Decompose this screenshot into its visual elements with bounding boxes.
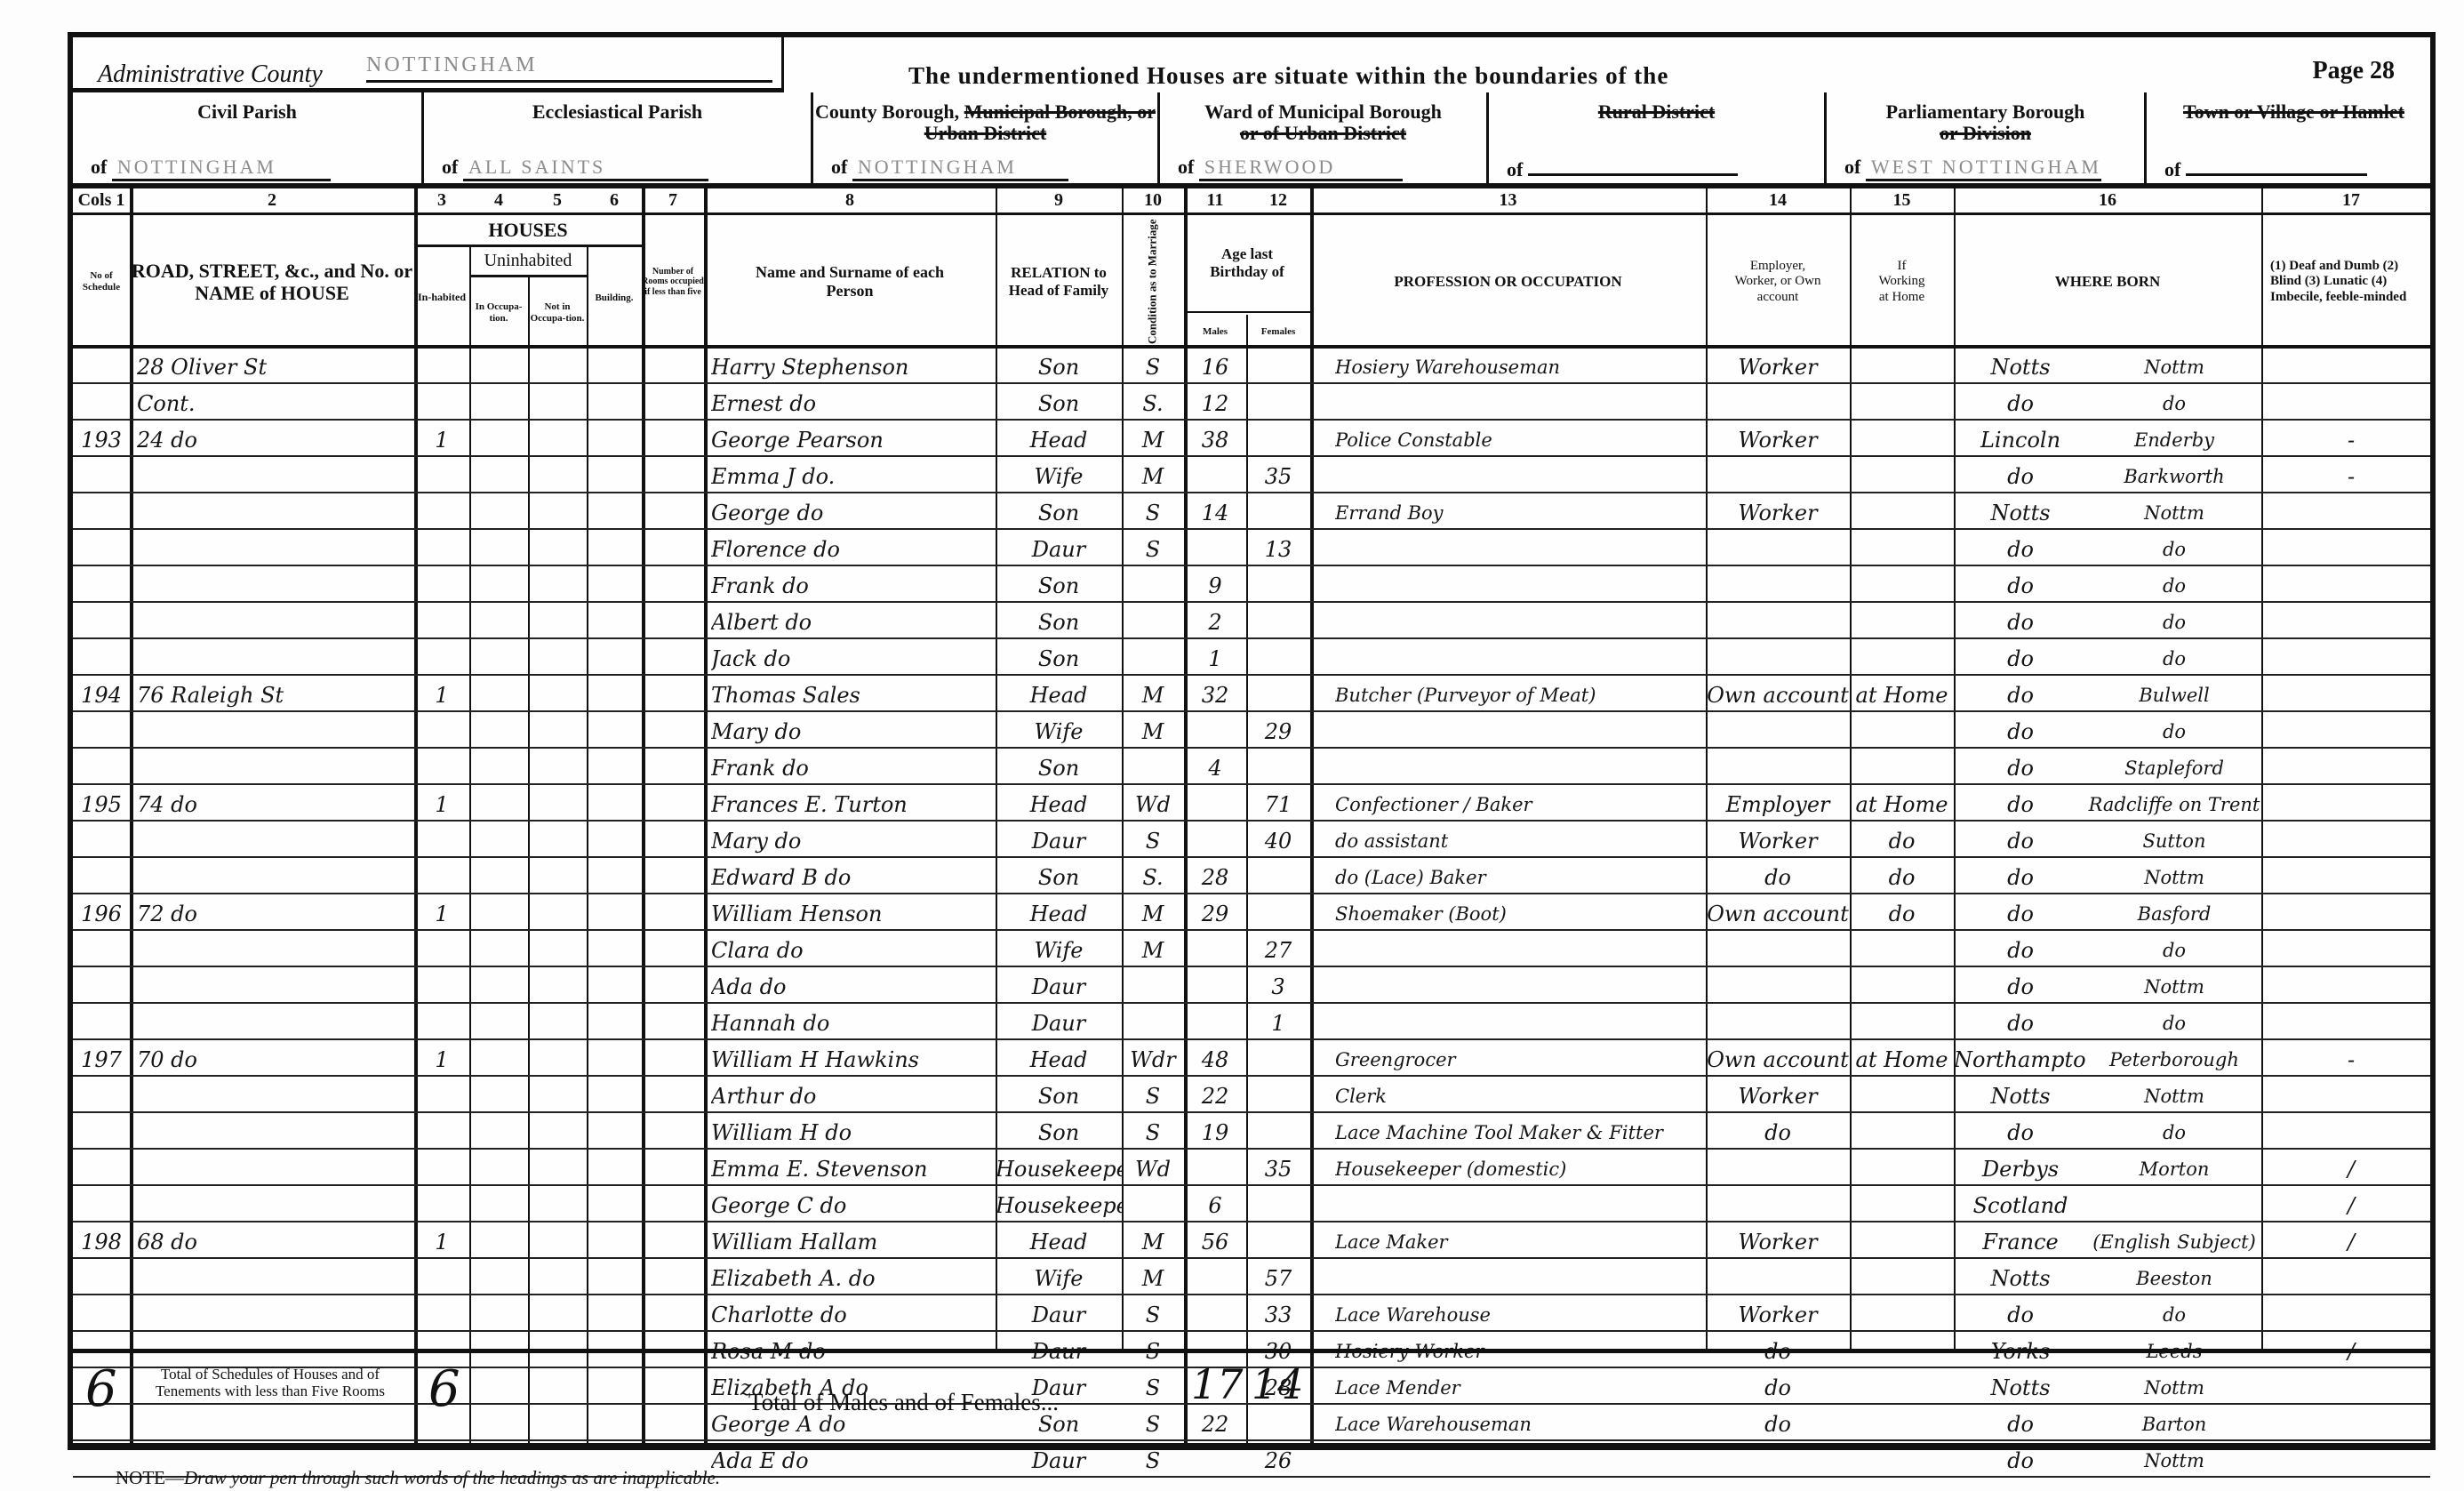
person-name: Ada do: [711, 968, 996, 1004]
working-at-home: do: [1850, 895, 1954, 931]
female-age: [1246, 895, 1310, 931]
administrative-county-box: Administrative County NOTTINGHAM: [73, 37, 784, 92]
inhabited-mark: [414, 604, 469, 639]
female-age: [1246, 640, 1310, 676]
heading-occupation: PROFESSION OR OCCUPATION: [1310, 215, 1706, 349]
heading-condition: Condition as to Marriage: [1122, 215, 1184, 349]
ecclesiastical-parish-value: ALL SAINTS: [463, 156, 709, 181]
condition: [1122, 1005, 1184, 1040]
infirmity: [2261, 1260, 2441, 1295]
infirmity: -: [2261, 458, 2441, 493]
schedule-number: 195: [73, 786, 130, 822]
relation: Daur: [996, 1005, 1122, 1040]
male-age: 22: [1184, 1078, 1246, 1113]
heading-where-born: WHERE BORN: [1954, 215, 2261, 349]
condition: S: [1122, 1296, 1184, 1332]
person-name: Jack do: [711, 640, 996, 676]
employer-status: [1706, 750, 1850, 785]
inhabited-mark: [414, 349, 469, 384]
birth-county: do: [1954, 786, 2087, 822]
person-name: Ernest do: [711, 385, 996, 421]
employer-status: Own account: [1706, 1041, 1850, 1077]
working-at-home: [1850, 1187, 1954, 1222]
schedule-number: 196: [73, 895, 130, 931]
birth-place: Stapleford: [2087, 750, 2261, 785]
male-age: 12: [1184, 385, 1246, 421]
relation: Wife: [996, 1260, 1122, 1295]
heading-females: Females: [1246, 315, 1310, 349]
table-row: Mary doWifeM29dodo: [73, 713, 2430, 749]
occupation: [1335, 932, 1706, 967]
relation: Son: [996, 494, 1122, 530]
employer-status: Worker: [1706, 349, 1850, 384]
heading-relation: RELATION to Head of Family: [996, 215, 1122, 349]
administrative-county-value: NOTTINGHAM: [366, 53, 538, 77]
condition: [1122, 1187, 1184, 1222]
occupation: Housekeeper (domestic): [1335, 1150, 1706, 1186]
birth-place: do: [2087, 1114, 2261, 1150]
heading-building: Building.: [587, 247, 642, 349]
female-age: [1246, 567, 1310, 603]
birth-place: Nottm: [2087, 968, 2261, 1004]
relation: Head: [996, 895, 1122, 931]
totals-row: 6 Total of Schedules of Houses and of Te…: [73, 1349, 2430, 1448]
infirmity: [2261, 968, 2441, 1004]
working-at-home: [1850, 567, 1954, 603]
inhabited-mark: [414, 1187, 469, 1222]
working-at-home: [1850, 1150, 1954, 1186]
occupation: Butcher (Purveyor of Meat): [1335, 677, 1706, 712]
address: [137, 1114, 414, 1150]
heading-name: Name and Surname of each Person: [704, 215, 996, 349]
male-age: [1184, 968, 1246, 1004]
male-age: [1184, 1260, 1246, 1295]
infirmity: [2261, 385, 2441, 421]
address: 28 Oliver St: [137, 349, 414, 384]
employer-status: [1706, 932, 1850, 967]
person-name: Florence do: [711, 531, 996, 566]
schedule-number: [73, 859, 130, 894]
person-name: George C do: [711, 1187, 996, 1222]
male-age: [1184, 932, 1246, 967]
infirmity: [2261, 567, 2441, 603]
employer-status: Worker: [1706, 1296, 1850, 1332]
male-age: 29: [1184, 895, 1246, 931]
inhabited-mark: [414, 932, 469, 967]
table-row: Elizabeth A. doWifeM57NottsBeeston: [73, 1260, 2430, 1295]
address: [137, 1078, 414, 1113]
sheet-header: Administrative County NOTTINGHAM The und…: [73, 37, 2430, 188]
table-row: Charlotte doDaurS33Lace WarehouseWorkerd…: [73, 1296, 2430, 1332]
table-row: Florence doDaurS13dodo: [73, 531, 2430, 566]
page-number: Page 28: [2312, 57, 2395, 85]
inhabited-mark: [414, 1150, 469, 1186]
table-row: Albert doSon2dodo: [73, 604, 2430, 639]
table-row: Cont.Ernest doSonS.12dodo: [73, 385, 2430, 421]
infirmity: [2261, 531, 2441, 566]
males-females-label: Total of Males and of Females...: [748, 1389, 1059, 1416]
relation: Housekeeper: [996, 1150, 1122, 1186]
infirmity: /: [2261, 1223, 2441, 1259]
inhabited-mark: [414, 1260, 469, 1295]
area-rural-district: Rural District of: [1489, 92, 1827, 188]
female-age: 35: [1246, 458, 1310, 493]
working-at-home: [1850, 421, 1954, 457]
employer-status: [1706, 531, 1850, 566]
address: [137, 1150, 414, 1186]
employer-status: [1706, 640, 1850, 676]
table-row: 28 Oliver StHarry StephensonSonS16Hosier…: [73, 349, 2430, 384]
inhabited-mark: [414, 713, 469, 749]
relation: Daur: [996, 968, 1122, 1004]
birth-place: Sutton: [2087, 822, 2261, 858]
occupation: [1335, 1260, 1706, 1295]
condition: M: [1122, 458, 1184, 493]
person-name: William H Hawkins: [711, 1041, 996, 1077]
occupation: Shoemaker (Boot): [1335, 895, 1706, 931]
person-name: Frank do: [711, 567, 996, 603]
working-at-home: at Home: [1850, 786, 1954, 822]
table-row: 19770 do1William H HawkinsHeadWdr48Green…: [73, 1041, 2430, 1077]
male-age: [1184, 1005, 1246, 1040]
table-row: 19868 do1William HallamHeadM56Lace Maker…: [73, 1223, 2430, 1259]
condition: M: [1122, 932, 1184, 967]
employer-status: Own account: [1706, 677, 1850, 712]
heading-rooms: Number of Rooms occupied if less than fi…: [642, 215, 704, 349]
relation: Head: [996, 786, 1122, 822]
working-at-home: [1850, 1223, 1954, 1259]
working-at-home: [1850, 1260, 1954, 1295]
infirmity: [2261, 859, 2441, 894]
birth-place: do: [2087, 1296, 2261, 1332]
heading-uninhabited: Uninhabited: [469, 247, 587, 277]
schedule-number: [73, 1296, 130, 1332]
occupation: Errand Boy: [1335, 494, 1706, 530]
table-row: Hannah doDaur1dodo: [73, 1005, 2430, 1040]
schedule-number: 193: [73, 421, 130, 457]
relation: Daur: [996, 531, 1122, 566]
employer-status: [1706, 1005, 1850, 1040]
birth-place: do: [2087, 604, 2261, 639]
male-age: 4: [1184, 750, 1246, 785]
condition: M: [1122, 1223, 1184, 1259]
heading-address: ROAD, STREET, &c., and No. or NAME of HO…: [130, 215, 414, 349]
birth-county: do: [1954, 822, 2087, 858]
working-at-home: [1850, 713, 1954, 749]
female-age: [1246, 1187, 1310, 1222]
heading-houses: HOUSES: [414, 215, 642, 247]
occupation: Lace Machine Tool Maker & Fitter: [1335, 1114, 1706, 1150]
working-at-home: do: [1850, 859, 1954, 894]
occupation: Police Constable: [1335, 421, 1706, 457]
relation: Daur: [996, 1296, 1122, 1332]
birth-county: do: [1954, 1296, 2087, 1332]
employer-status: [1706, 968, 1850, 1004]
schedule-number: [73, 1150, 130, 1186]
birth-county: Notts: [1954, 1260, 2087, 1295]
census-table: Cols 1 2 3 4 5 6 7 8 9 10 11 12 13 14 15…: [73, 188, 2430, 1448]
address: [137, 567, 414, 603]
male-age: 56: [1184, 1223, 1246, 1259]
birth-place: do: [2087, 640, 2261, 676]
relation: Son: [996, 1114, 1122, 1150]
female-age: [1246, 604, 1310, 639]
person-name: Charlotte do: [711, 1296, 996, 1332]
address: [137, 604, 414, 639]
birth-county: Lincoln: [1954, 421, 2087, 457]
table-row: 19574 do1Frances E. TurtonHeadWd71Confec…: [73, 786, 2430, 822]
address: [137, 713, 414, 749]
employer-status: do: [1706, 1114, 1850, 1150]
occupation: do (Lace) Baker: [1335, 859, 1706, 894]
address: [137, 1187, 414, 1222]
inhabited-mark: [414, 822, 469, 858]
infirmity: -: [2261, 1041, 2441, 1077]
occupation: [1335, 968, 1706, 1004]
working-at-home: [1850, 1114, 1954, 1150]
working-at-home: [1850, 932, 1954, 967]
inhabited-mark: [414, 968, 469, 1004]
male-age: [1184, 1150, 1246, 1186]
female-age: [1246, 385, 1310, 421]
table-row: Ada doDaur3doNottm: [73, 968, 2430, 1004]
female-age: [1246, 349, 1310, 384]
infirmity: [2261, 677, 2441, 712]
heading-employer: Employer, Worker, or Own account: [1706, 215, 1850, 349]
birth-county: Northampton: [1954, 1041, 2087, 1077]
birth-place: Bulwell: [2087, 677, 2261, 712]
male-age: 28: [1184, 859, 1246, 894]
birth-county: do: [1954, 1114, 2087, 1150]
address: [137, 531, 414, 566]
inhabited-mark: 1: [414, 677, 469, 712]
birth-place: Radcliffe on Trent: [2087, 786, 2261, 822]
person-name: Clara do: [711, 932, 996, 967]
person-name: Emma E. Stevenson: [711, 1150, 996, 1186]
area-ecclesiastical-parish: Ecclesiastical Parish of ALL SAINTS: [424, 92, 813, 188]
employer-status: [1706, 1150, 1850, 1186]
schedules-label: Total of Schedules of Houses and of Tene…: [137, 1366, 404, 1399]
male-age: 16: [1184, 349, 1246, 384]
schedule-number: [73, 494, 130, 530]
working-at-home: [1850, 750, 1954, 785]
female-age: 1: [1246, 1005, 1310, 1040]
male-age: [1184, 786, 1246, 822]
birth-county: do: [1954, 859, 2087, 894]
birth-county: do: [1954, 604, 2087, 639]
male-age: 9: [1184, 567, 1246, 603]
relation: Head: [996, 677, 1122, 712]
infirmity: [2261, 349, 2441, 384]
address: 70 do: [137, 1041, 414, 1077]
table-row: Edward B doSonS.28do (Lace) BakerdododoN…: [73, 859, 2430, 894]
occupation: [1335, 458, 1706, 493]
person-name: George Pearson: [711, 421, 996, 457]
female-age: [1246, 1078, 1310, 1113]
relation: Wife: [996, 713, 1122, 749]
inhabited-mark: 1: [414, 1223, 469, 1259]
occupation: [1335, 750, 1706, 785]
male-age: 19: [1184, 1114, 1246, 1150]
inhabited-total: 6: [428, 1360, 460, 1418]
male-age: 38: [1184, 421, 1246, 457]
condition: S: [1122, 349, 1184, 384]
schedule-number: 198: [73, 1223, 130, 1259]
occupation: [1335, 1187, 1706, 1222]
schedules-count: 6: [85, 1360, 117, 1418]
working-at-home: [1850, 385, 1954, 421]
area-civil-parish: Civil Parish of NOTTINGHAM: [73, 92, 424, 188]
relation: Daur: [996, 822, 1122, 858]
occupation: [1335, 531, 1706, 566]
address: [137, 750, 414, 785]
male-age: [1184, 1296, 1246, 1332]
employer-status: [1706, 1260, 1850, 1295]
employer-status: [1706, 567, 1850, 603]
birth-county: do: [1954, 677, 2087, 712]
table-row: Emma J do.WifeM35doBarkworth-: [73, 458, 2430, 493]
inhabited-mark: [414, 1114, 469, 1150]
person-name: Arthur do: [711, 1078, 996, 1113]
occupation: [1335, 640, 1706, 676]
occupation: Lace Maker: [1335, 1223, 1706, 1259]
relation: Head: [996, 1041, 1122, 1077]
working-at-home: [1850, 1005, 1954, 1040]
schedule-number: [73, 604, 130, 639]
county-borough-value: NOTTINGHAM: [852, 156, 1068, 181]
birth-place: do: [2087, 1005, 2261, 1040]
female-age: [1246, 1114, 1310, 1150]
condition: S: [1122, 1078, 1184, 1113]
infirmity: [2261, 786, 2441, 822]
inhabited-mark: 1: [414, 421, 469, 457]
birth-county: do: [1954, 1005, 2087, 1040]
condition: [1122, 567, 1184, 603]
person-name: Thomas Sales: [711, 677, 996, 712]
birth-county: do: [1954, 895, 2087, 931]
working-at-home: [1850, 1078, 1954, 1113]
infirmity: [2261, 822, 2441, 858]
condition: [1122, 968, 1184, 1004]
birth-place: [2087, 1187, 2261, 1222]
address: 72 do: [137, 895, 414, 931]
occupation: [1335, 567, 1706, 603]
female-age: 13: [1246, 531, 1310, 566]
address: 76 Raleigh St: [137, 677, 414, 712]
female-age: 33: [1246, 1296, 1310, 1332]
heading-in-occupation: In Occupa-tion.: [469, 277, 528, 349]
table-row: Frank doSon4doStapleford: [73, 750, 2430, 785]
female-age: [1246, 1041, 1310, 1077]
working-at-home: [1850, 531, 1954, 566]
inhabited-mark: 1: [414, 1041, 469, 1077]
table-row: Frank doSon9dodo: [73, 567, 2430, 603]
occupation: Greengrocer: [1335, 1041, 1706, 1077]
working-at-home: [1850, 604, 1954, 639]
area-parliamentary-borough: Parliamentary Boroughor Division of WEST…: [1827, 92, 2147, 188]
person-name: Mary do: [711, 713, 996, 749]
condition: S.: [1122, 385, 1184, 421]
person-name: Frances E. Turton: [711, 786, 996, 822]
relation: Son: [996, 640, 1122, 676]
female-age: 27: [1246, 932, 1310, 967]
employer-status: Worker: [1706, 822, 1850, 858]
male-age: 1: [1184, 640, 1246, 676]
relation: Son: [996, 567, 1122, 603]
relation: Head: [996, 1223, 1122, 1259]
infirmity: [2261, 494, 2441, 530]
employer-status: [1706, 385, 1850, 421]
inhabited-mark: [414, 640, 469, 676]
male-age: 32: [1184, 677, 1246, 712]
inhabited-mark: [414, 531, 469, 566]
heading-schedule: No of Schedule: [73, 215, 130, 349]
person-name: Harry Stephenson: [711, 349, 996, 384]
condition: M: [1122, 895, 1184, 931]
inhabited-mark: [414, 1078, 469, 1113]
employer-status: Worker: [1706, 421, 1850, 457]
female-age: [1246, 421, 1310, 457]
working-at-home: do: [1850, 822, 1954, 858]
relation: Wife: [996, 932, 1122, 967]
birth-county: Notts: [1954, 349, 2087, 384]
table-row: Jack doSon1dodo: [73, 640, 2430, 676]
birth-place: do: [2087, 531, 2261, 566]
occupation: [1335, 385, 1706, 421]
person-name: Edward B do: [711, 859, 996, 894]
male-age: 6: [1184, 1187, 1246, 1222]
employer-status: Worker: [1706, 1078, 1850, 1113]
birth-county: do: [1954, 932, 2087, 967]
relation: Son: [996, 750, 1122, 785]
person-name: William H do: [711, 1114, 996, 1150]
male-age: [1184, 822, 1246, 858]
employer-status: [1706, 604, 1850, 639]
condition: S: [1122, 1114, 1184, 1150]
male-age: [1184, 458, 1246, 493]
birth-place: Nottm: [2087, 349, 2261, 384]
birth-place: Beeston: [2087, 1260, 2261, 1295]
infirmity: [2261, 1114, 2441, 1150]
birth-county: do: [1954, 458, 2087, 493]
infirmity: [2261, 750, 2441, 785]
column-headings: No of Schedule ROAD, STREET, &c., and No…: [73, 215, 2430, 349]
employer-status: [1706, 713, 1850, 749]
table-row: George C doHousekeeper's Son6Scotland/: [73, 1187, 2430, 1222]
relation: Son: [996, 859, 1122, 894]
condition: M: [1122, 713, 1184, 749]
inhabited-mark: [414, 385, 469, 421]
address: 74 do: [137, 786, 414, 822]
infirmity: -: [2261, 421, 2441, 457]
employer-status: do: [1706, 859, 1850, 894]
column-numbers: Cols 1 2 3 4 5 6 7 8 9 10 11 12 13 14 15…: [73, 188, 2430, 215]
person-name: Elizabeth A. do: [711, 1260, 996, 1295]
condition: Wdr: [1122, 1041, 1184, 1077]
heading-inhabited: In-habited: [414, 247, 469, 349]
footer-note: NOTE—Draw your pen through such words of…: [116, 1467, 720, 1489]
occupation: Hosiery Warehouseman: [1335, 349, 1706, 384]
occupation: Clerk: [1335, 1078, 1706, 1113]
birth-place: do: [2087, 567, 2261, 603]
relation: Son: [996, 1078, 1122, 1113]
employer-status: Own account: [1706, 895, 1850, 931]
male-age: [1184, 713, 1246, 749]
birth-county: do: [1954, 750, 2087, 785]
birth-place: (English Subject): [2087, 1223, 2261, 1259]
infirmity: [2261, 1296, 2441, 1332]
birth-county: Notts: [1954, 494, 2087, 530]
